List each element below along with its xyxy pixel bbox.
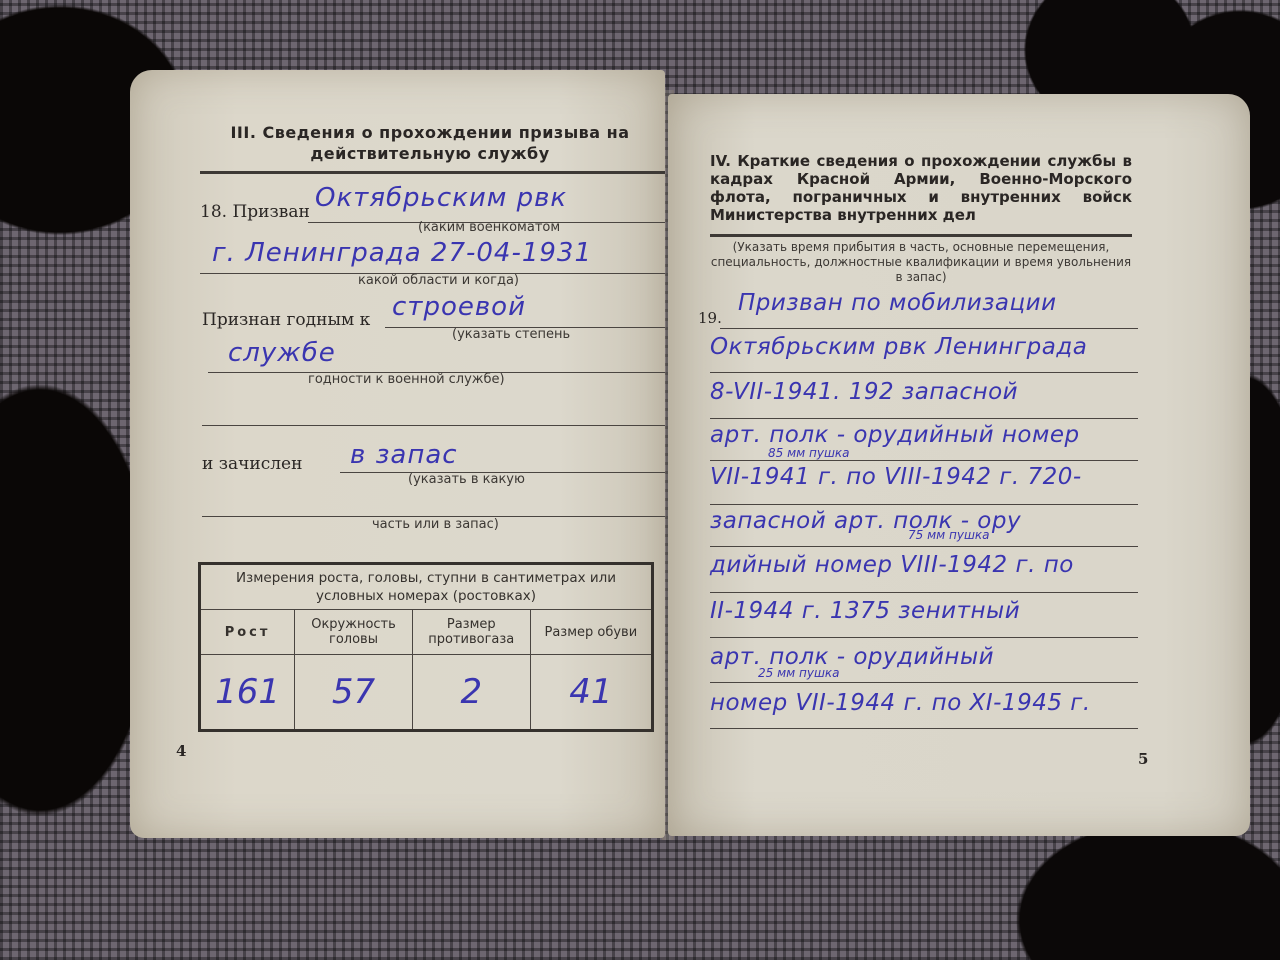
- section-4-title: IV. Краткие сведения о прохождении служб…: [710, 152, 1132, 224]
- fill-line: [710, 728, 1138, 729]
- title-underline: [200, 171, 665, 174]
- item-18-hint-2: какой области и когда): [358, 273, 519, 288]
- annotation-85mm: 85 мм пушка: [768, 446, 850, 460]
- service-line-5: VII-1941 г. по VIII-1942 г. 720-: [710, 464, 1138, 490]
- fill-line: [202, 425, 665, 426]
- fill-line: [710, 682, 1138, 683]
- fitness-hint-1: (указать степень: [452, 327, 570, 342]
- title-underline: [710, 234, 1132, 237]
- page-number-right: 5: [1138, 750, 1148, 768]
- col-gas-mask-size: Размер противогаза: [412, 610, 530, 655]
- fitness-hint-2: годности к военной службе): [308, 372, 505, 387]
- fill-line: [710, 460, 1138, 461]
- service-line-1: Призван по мобилизации: [710, 290, 1138, 316]
- service-line-2: Октябрьским рвк Ленинграда: [710, 334, 1138, 360]
- fitness-handwritten-2: службе: [228, 338, 336, 368]
- value-height: 161: [200, 655, 295, 731]
- service-line-3: 8-VII-1941. 192 запасной: [710, 379, 1138, 405]
- fill-line: [710, 418, 1138, 419]
- fill-line: [710, 504, 1138, 505]
- enlisted-hint-2: часть или в запас): [372, 517, 499, 532]
- item-18-handwritten-commissariat: Октябрьским рвк: [315, 183, 567, 213]
- item-18-handwritten-city-date: г. Ленинграда 27-04-1931: [212, 238, 592, 268]
- value-shoe-size: 41: [530, 655, 652, 731]
- enlisted-handwritten: в запас: [350, 440, 458, 470]
- service-line-8: II-1944 г. 1375 зенитный: [710, 598, 1138, 624]
- col-head-circumference: Окружность головы: [295, 610, 413, 655]
- service-line-10: номер VII-1944 г. по XI-1945 г.: [710, 690, 1138, 716]
- section-3-title: III. Сведения о прохождении призыва на д…: [200, 122, 660, 164]
- value-head-circumference: 57: [295, 655, 413, 731]
- fill-line: [710, 592, 1138, 593]
- item-18-hint-1: (каким военкоматом: [418, 220, 560, 235]
- page-number-left: 4: [176, 742, 186, 760]
- table-header-row: Рост Окружность головы Размер противогаз…: [200, 610, 653, 655]
- fill-line: [710, 546, 1138, 547]
- fitness-label: Признан годным к: [202, 310, 370, 330]
- annotation-75mm: 75 мм пушка: [908, 528, 990, 542]
- fill-line: [710, 637, 1138, 638]
- fill-line: [720, 328, 1138, 329]
- measurements-caption: Измерения роста, головы, ступни в сантим…: [200, 564, 653, 610]
- fitness-handwritten-1: строевой: [392, 292, 526, 322]
- col-height: Рост: [200, 610, 295, 655]
- fill-line: [710, 372, 1138, 373]
- annotation-25mm: 25 мм пушка: [758, 666, 840, 680]
- page-left: III. Сведения о прохождении призыва на д…: [130, 70, 665, 838]
- section-4-hint: (Указать время прибытия в часть, основны…: [710, 240, 1132, 285]
- enlisted-hint-1: (указать в какую: [408, 472, 525, 487]
- value-gas-mask-size: 2: [412, 655, 530, 731]
- page-right: IV. Краткие сведения о прохождении служб…: [668, 94, 1250, 836]
- service-line-7: дийный номер VIII-1942 г. по: [710, 552, 1138, 578]
- col-shoe-size: Размер обуви: [530, 610, 652, 655]
- item-18-label: 18. Призван: [200, 202, 310, 222]
- service-line-4: арт. полк - орудийный номер: [710, 422, 1138, 448]
- enlisted-label: и зачислен: [202, 454, 302, 474]
- measurements-table: Измерения роста, головы, ступни в сантим…: [198, 562, 654, 732]
- table-row: 161 57 2 41: [200, 655, 653, 731]
